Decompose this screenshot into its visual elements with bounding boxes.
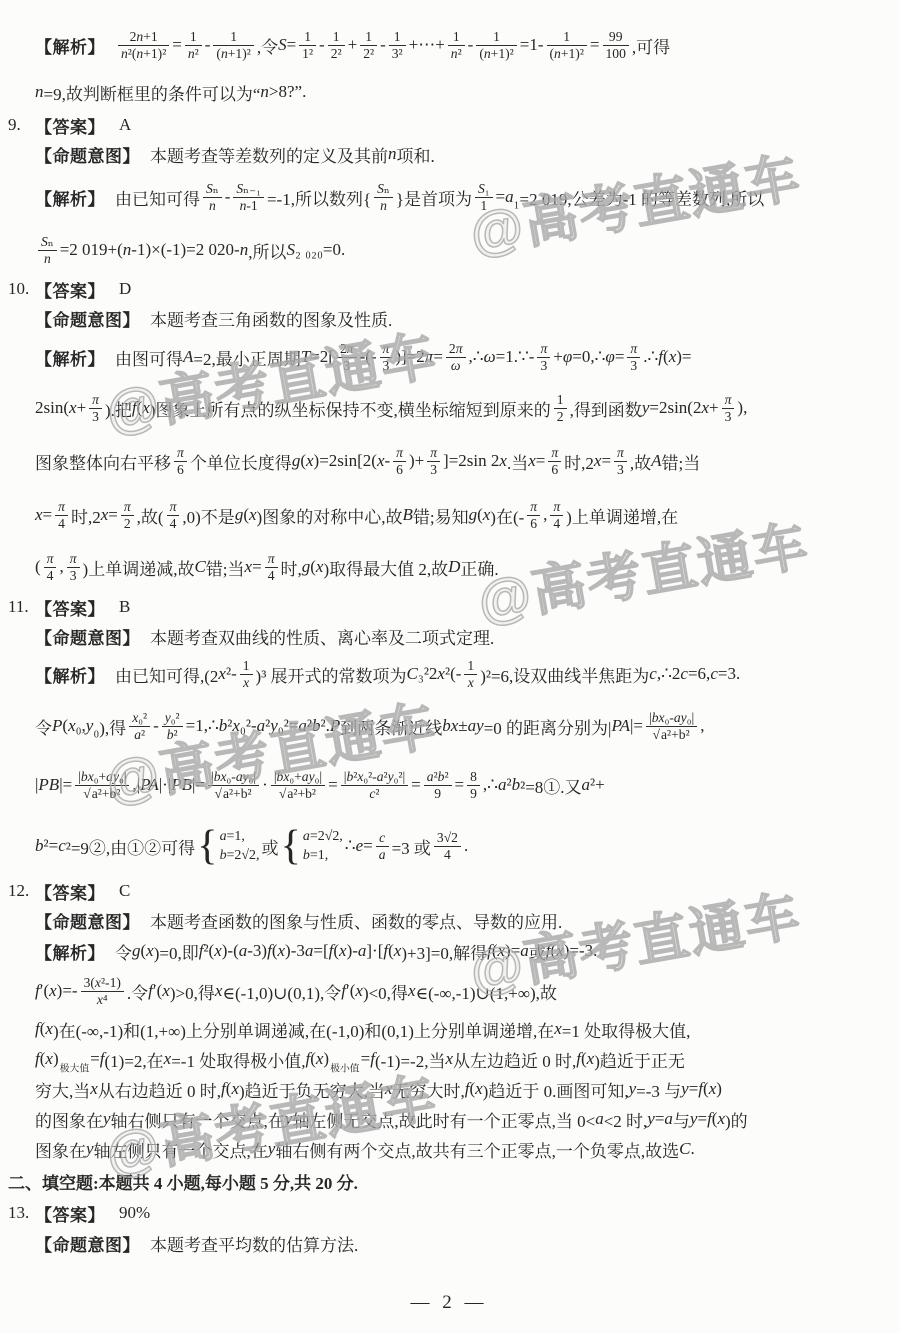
solution-line-q10-1: 【解析】 由图可得 A=2,最小正周期 T=2[2π3-(-π3)]=2π=2π… — [8, 332, 890, 382]
solution-line-q12-7: 图象在 y 轴左侧只有一个交点,在 y 轴右侧有两个交点,故共有三个正零点,一个… — [8, 1134, 890, 1164]
math-text: 本题考查等差数列的定义及其前 n 项和. — [150, 142, 435, 167]
answer-value: B — [119, 597, 130, 617]
question-number: 13. — [8, 1203, 35, 1223]
math-text: (π4,π3)上单调递减,故 C 错;当 x=π4时,g(x)取得最大值 2,故… — [35, 551, 499, 583]
question-number: 10. — [8, 279, 35, 299]
solution-line-q12-1: 【解析】 令 g(x)=0,即 f²(x)-(a-3)f(x)-3a=[f(x)… — [8, 934, 890, 968]
math-text: 图象在 y 轴左侧只有一个交点,在 y 轴右侧有两个交点,故共有三个正零点,一个… — [35, 1137, 695, 1162]
math-text: f′(x)=-3(x²-1)x⁴.令 f′(x)>0,得 x∈(-1,0)∪(0… — [35, 975, 557, 1007]
page-number: — 2 — — [8, 1292, 890, 1314]
answer-line-q10: 10. 【答案】 D — [8, 274, 890, 304]
answer-value: A — [119, 115, 131, 135]
math-text: |PB|=|bx₀+ay₀|√a²+b²,|PA|·|PB|=|bx₀-ay₀|… — [35, 769, 605, 801]
solution-line-q10-5: (π4,π3)上单调递减,故 C 错;当 x=π4时,g(x)取得最大值 2,故… — [8, 542, 890, 592]
answer-line-q11: 11. 【答案】 B — [8, 592, 890, 622]
answer-line-q13: 13. 【答案】 90% — [8, 1198, 890, 1228]
intent-line-q11: 【命题意图】 本题考查双曲线的性质、离心率及二项式定理. — [8, 622, 890, 650]
answer-value: D — [119, 279, 131, 299]
answer-value: C — [119, 881, 130, 901]
answer-label: 【答案】 — [35, 1201, 105, 1226]
math-text: n=9,故判断框里的条件可以为“n>8?”. — [35, 80, 306, 105]
solution-line-q9-2: Sₙn=2 019+(n-1)×(-1)=2 020-n,所以 S₂ ₀₂₀=0… — [8, 226, 890, 274]
intent-line-q12: 【命题意图】 本题考查函数的图象与性质、函数的零点、导数的应用. — [8, 906, 890, 934]
solution-line-q12-3: f(x)在(-∞,-1)和(1,+∞)上分别单调递减,在(-1,0)和(0,1)… — [8, 1014, 890, 1044]
intent-label: 【命题意图】 — [35, 624, 140, 649]
answer-label: 【答案】 — [35, 879, 105, 904]
math-text: f(x)极大值=f(1)=2,在 x=-1 处取得极小值,f(x)极小值=f(-… — [35, 1047, 685, 1072]
math-text: 令 g(x)=0,即 f²(x)-(a-3)f(x)-3a=[f(x)-a]·[… — [115, 939, 597, 964]
math-text: 2n+1n²(n+1)²=1n²-1(n+1)²,令 S=11²-12²+12²… — [115, 29, 670, 61]
math-text: 令 P(x₀,y₀),得x₀²a²-y₀²b²=1,∴b²x₀²-a²y₀²=a… — [35, 710, 704, 742]
math-text: 本题考查平均数的估算方法. — [150, 1231, 358, 1256]
answer-label: 【答案】 — [35, 113, 105, 138]
question-number: 12. — [8, 881, 35, 901]
analysis-label: 【解析】 — [35, 185, 105, 210]
answer-value: 90% — [119, 1203, 150, 1223]
intent-label: 【命题意图】 — [35, 306, 140, 331]
math-text: 由已知可得Sₙn-Sₙ₋₁n-1=-1,所以数列{Sₙn}是首项为S₁1=a₁=… — [115, 181, 764, 213]
math-text: 本题考查函数的图象与性质、函数的零点、导数的应用. — [150, 908, 562, 933]
analysis-label: 【解析】 — [35, 33, 105, 58]
math-text: 的图象在 y 轴右侧只有一个交点,在 y 轴左侧无交点,故此时有一个正零点,当 … — [35, 1107, 748, 1132]
math-text: f(x)在(-∞,-1)和(1,+∞)上分别单调递减,在(-1,0)和(0,1)… — [35, 1017, 690, 1042]
solution-line-q11-2: 令 P(x₀,y₀),得x₀²a²-y₀²b²=1,∴b²x₀²-a²y₀²=a… — [8, 698, 890, 754]
math-text: b²=c²=9②,由①②可得{a=1,b=2√2,或{a=2√2,b=1,∴e=… — [35, 827, 468, 866]
section-header-fill-in-blanks: 二、填空题:本题共 4 小题,每小题 5 分,共 20 分. — [8, 1164, 890, 1198]
answer-label: 【答案】 — [35, 595, 105, 620]
question-number: 9. — [8, 115, 35, 135]
math-text: x=π4时,2x=π2,故(π4,0)不是 g(x)图象的对称中心,故 B 错;… — [35, 499, 678, 531]
solution-line-q11-1: 【解析】 由已知可得,(2x²-1x)³ 展开式的常数项为 C₃²2x²(-1x… — [8, 650, 890, 698]
math-text: 图象整体向右平移π6个单位长度得 g(x)=2sin[2(x-π6)+π3]=2… — [35, 445, 700, 477]
solution-line-q12-2: f′(x)=-3(x²-1)x⁴.令 f′(x)>0,得 x∈(-1,0)∪(0… — [8, 968, 890, 1014]
solution-line-q10-3: 图象整体向右平移π6个单位长度得 g(x)=2sin[2(x-π6)+π3]=2… — [8, 434, 890, 488]
intent-line-q10: 【命题意图】 本题考查三角函数的图象及性质. — [8, 304, 890, 332]
analysis-label: 【解析】 — [35, 345, 105, 370]
math-text: Sₙn=2 019+(n-1)×(-1)=2 020-n,所以 S₂ ₀₂₀=0… — [35, 234, 345, 266]
answer-line-q9: 9. 【答案】 A — [8, 110, 890, 140]
math-text: 由图可得 A=2,最小正周期 T=2[2π3-(-π3)]=2π=2πω,∴ω=… — [115, 341, 692, 373]
math-text: 2sin(x+π3).把 f(x)图象上所有点的纵坐标保持不变,横坐标缩短到原来… — [35, 392, 747, 424]
solution-line-q12-6: 的图象在 y 轴右侧只有一个交点,在 y 轴左侧无交点,故此时有一个正零点,当 … — [8, 1104, 890, 1134]
intent-label: 【命题意图】 — [35, 908, 140, 933]
solution-line-q8-2: n=9,故判断框里的条件可以为“n>8?”. — [8, 74, 890, 110]
solution-line-q12-4: f(x)极大值=f(1)=2,在 x=-1 处取得极小值,f(x)极小值=f(-… — [8, 1044, 890, 1074]
intent-line-q9: 【命题意图】 本题考查等差数列的定义及其前 n 项和. — [8, 140, 890, 168]
solution-line-q10-2: 2sin(x+π3).把 f(x)图象上所有点的纵坐标保持不变,横坐标缩短到原来… — [8, 382, 890, 434]
analysis-label: 【解析】 — [35, 939, 105, 964]
math-text: 本题考查双曲线的性质、离心率及二项式定理. — [150, 624, 494, 649]
solution-line-q10-4: x=π4时,2x=π2,故(π4,0)不是 g(x)图象的对称中心,故 B 错;… — [8, 488, 890, 542]
math-text: 由已知可得,(2x²-1x)³ 展开式的常数项为 C₃²2x²(-1x)²=6,… — [115, 658, 740, 690]
math-text: 本题考查三角函数的图象及性质. — [150, 306, 392, 331]
solution-line-q12-5: 穷大,当 x 从右边趋近 0 时,f(x)趋近于负无穷大,当 x 无穷大时,f(… — [8, 1074, 890, 1104]
intent-line-q13: 【命题意图】 本题考查平均数的估算方法. — [8, 1228, 890, 1258]
section-header-text: 二、填空题:本题共 4 小题,每小题 5 分,共 20 分. — [8, 1169, 358, 1194]
intent-label: 【命题意图】 — [35, 142, 140, 167]
intent-label: 【命题意图】 — [35, 1231, 140, 1256]
question-number: 11. — [8, 597, 35, 617]
solution-line-q11-4: b²=c²=9②,由①②可得{a=1,b=2√2,或{a=2√2,b=1,∴e=… — [8, 816, 890, 876]
scanned-exam-answer-page: @高考直通车 @高考直通车 @高考直通车 @高考直通车 @高考直通车 @高考直通… — [0, 0, 900, 1333]
solution-line-q8-1: 【解析】 2n+1n²(n+1)²=1n²-1(n+1)²,令 S=11²-12… — [8, 16, 890, 74]
math-text: 穷大,当 x 从右边趋近 0 时,f(x)趋近于负无穷大,当 x 无穷大时,f(… — [35, 1077, 722, 1102]
solution-line-q9-1: 【解析】 由已知可得Sₙn-Sₙ₋₁n-1=-1,所以数列{Sₙn}是首项为S₁… — [8, 168, 890, 226]
answer-label: 【答案】 — [35, 277, 105, 302]
answer-line-q12: 12. 【答案】 C — [8, 876, 890, 906]
page-content: 【解析】 2n+1n²(n+1)²=1n²-1(n+1)²,令 S=11²-12… — [0, 0, 900, 1314]
solution-line-q11-3: |PB|=|bx₀+ay₀|√a²+b²,|PA|·|PB|=|bx₀-ay₀|… — [8, 754, 890, 816]
analysis-label: 【解析】 — [35, 662, 105, 687]
